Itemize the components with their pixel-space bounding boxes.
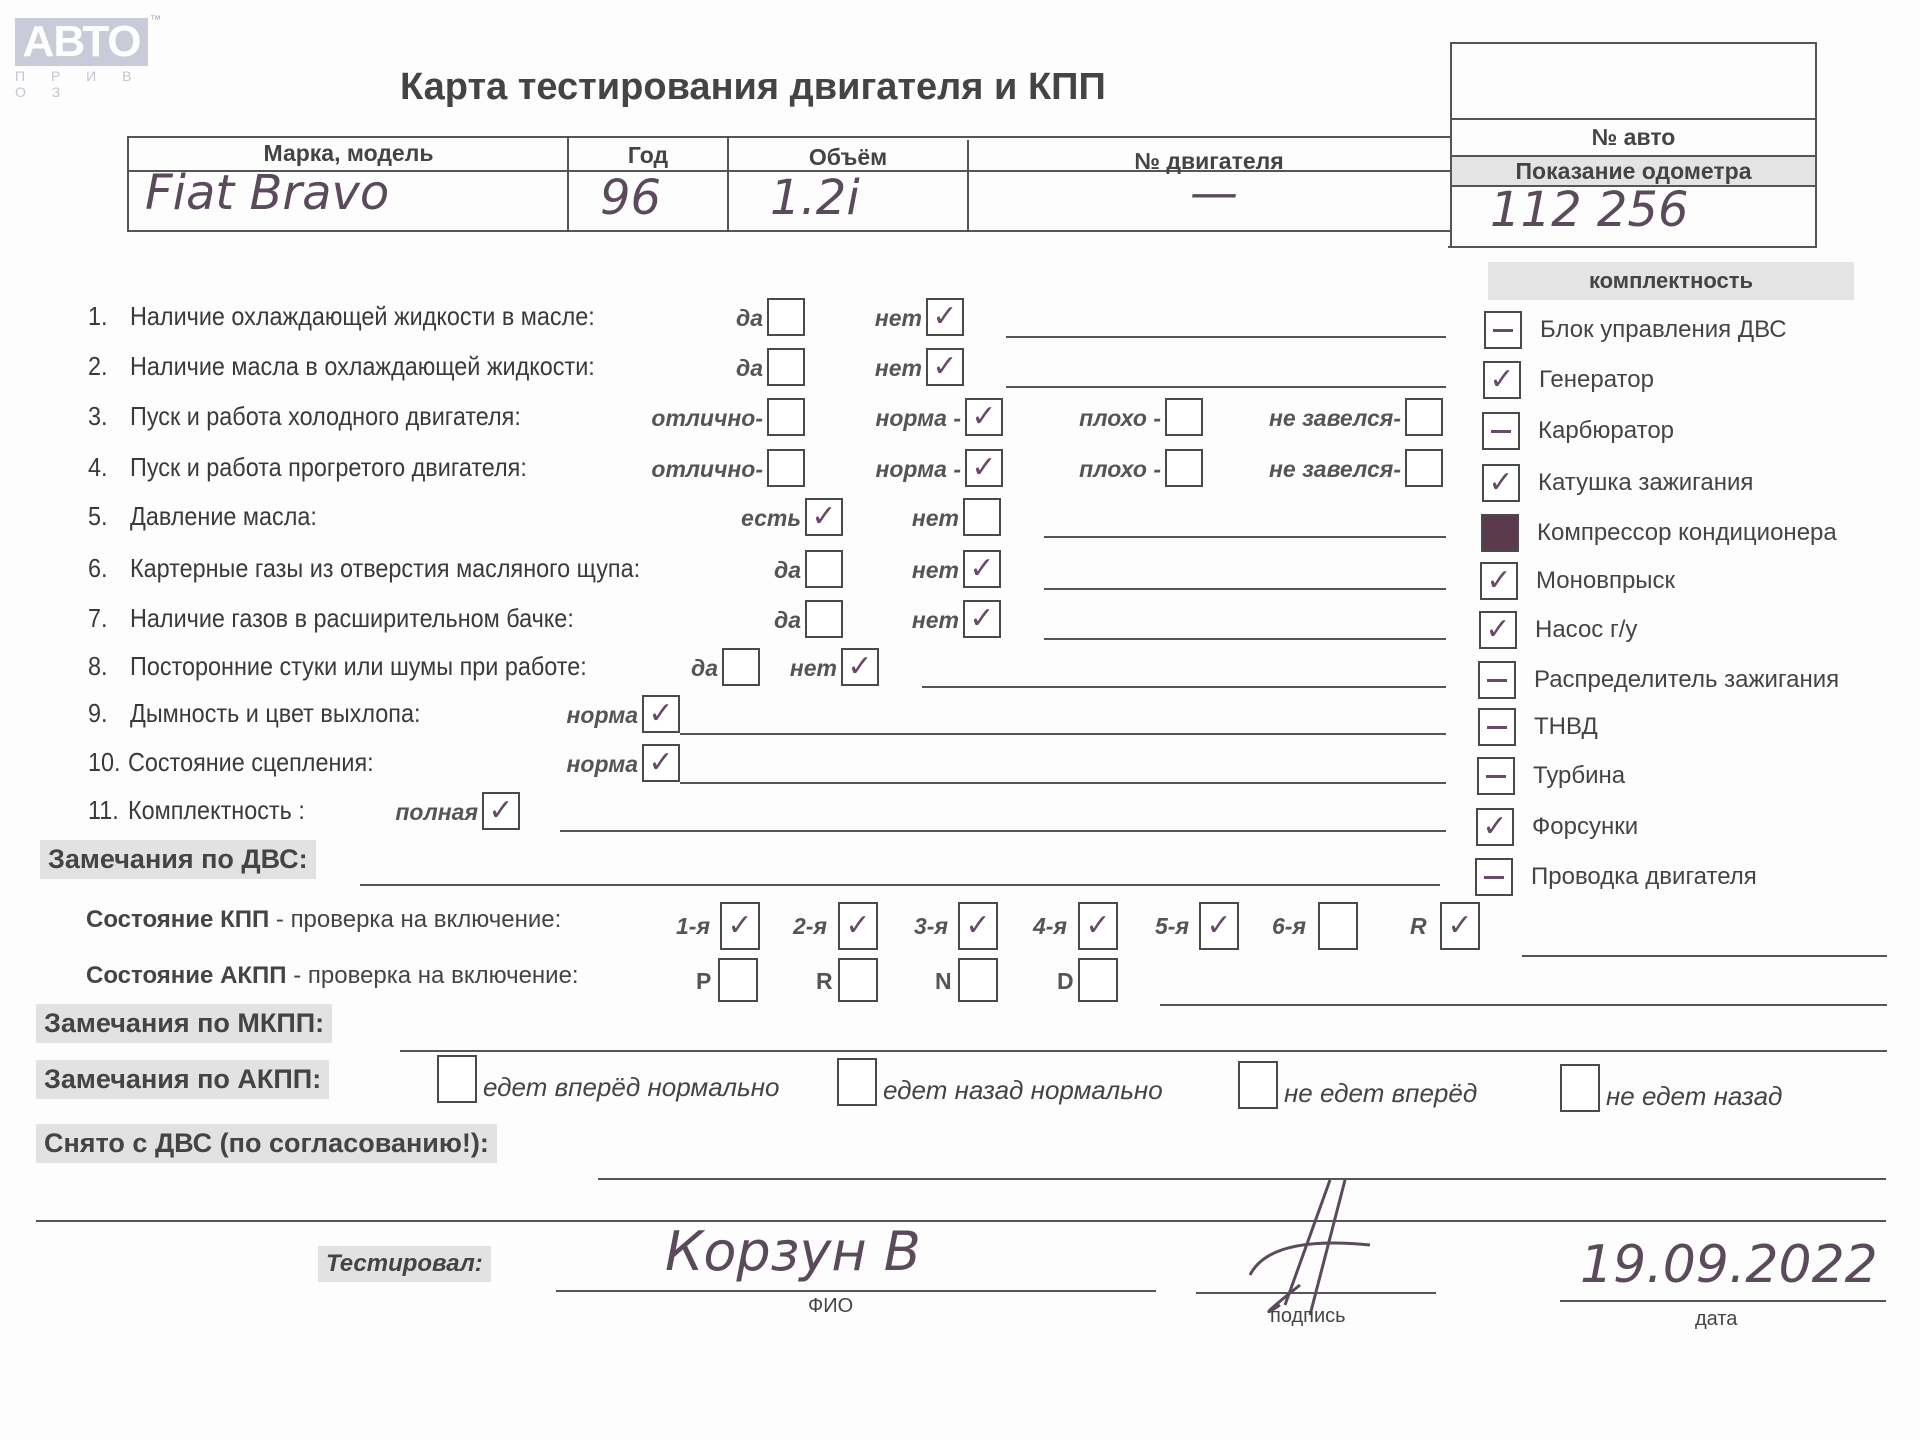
option-label: нет bbox=[858, 355, 922, 382]
checkbox[interactable] bbox=[805, 600, 843, 638]
checkbox[interactable] bbox=[805, 550, 843, 588]
question-number: 11. bbox=[88, 795, 119, 826]
akpp-option-label: не едет вперёд bbox=[1284, 1078, 1477, 1109]
tester-name[interactable]: Корзун В bbox=[665, 1220, 921, 1283]
engine-no-value[interactable]: — bbox=[1190, 165, 1238, 221]
logo-subtitle: П Р И В О З bbox=[15, 68, 148, 100]
gear-checkbox[interactable] bbox=[1318, 902, 1358, 950]
question-text: Наличие охлаждающей жидкости в масле: bbox=[130, 301, 595, 332]
mkpp-remarks-line[interactable] bbox=[400, 1050, 1887, 1052]
position-checkbox[interactable] bbox=[958, 958, 998, 1002]
header-volume: Объём bbox=[729, 144, 967, 171]
position-checkbox[interactable] bbox=[718, 958, 758, 1002]
name-caption: ФИО bbox=[808, 1295, 853, 1318]
question-number: 8. bbox=[88, 651, 108, 682]
question-number: 4. bbox=[88, 452, 108, 483]
completeness-checkbox[interactable] bbox=[1478, 708, 1516, 746]
year-value[interactable]: 96 bbox=[600, 170, 661, 226]
option-label: не завелся- bbox=[1248, 456, 1401, 483]
header-car-no: № авто bbox=[1452, 124, 1815, 151]
question-text: Состояние сцепления: bbox=[128, 747, 374, 778]
notes-line[interactable] bbox=[680, 733, 1446, 735]
date-caption: дата bbox=[1695, 1308, 1737, 1331]
akpp-checkbox[interactable] bbox=[1560, 1064, 1600, 1112]
akpp-checkbox[interactable] bbox=[1238, 1061, 1278, 1109]
completeness-item-label: Форсунки bbox=[1532, 813, 1638, 841]
question-text: Картерные газы из отверстия масляного щу… bbox=[130, 553, 640, 584]
checkbox[interactable] bbox=[1405, 449, 1443, 487]
completeness-item-label: Генератор bbox=[1539, 366, 1654, 394]
gear-label: 3-я bbox=[914, 913, 948, 940]
notes-line[interactable] bbox=[680, 782, 1446, 784]
option-label: нет bbox=[858, 305, 922, 332]
completeness-item-label: Блок управления ДВС bbox=[1540, 316, 1787, 344]
completeness-item-label: Проводка двигателя bbox=[1531, 863, 1757, 891]
date-value[interactable]: 19.09.2022 bbox=[1580, 1235, 1878, 1295]
logo-trademark: ™ bbox=[150, 14, 161, 26]
option-label: нет bbox=[894, 505, 959, 532]
logo: АВТО bbox=[15, 18, 148, 66]
question-number: 2. bbox=[88, 351, 108, 382]
checkbox[interactable]: ✓ bbox=[963, 600, 1001, 638]
completeness-header: комплектность bbox=[1488, 268, 1854, 294]
option-label: да bbox=[758, 607, 801, 634]
akpp-checkbox[interactable] bbox=[837, 1058, 877, 1106]
option-label: норма - bbox=[856, 456, 961, 483]
completeness-checkbox[interactable] bbox=[1481, 514, 1519, 552]
checkbox[interactable]: ✓ bbox=[482, 792, 520, 830]
checkbox[interactable]: ✓ bbox=[926, 298, 964, 336]
question-text: Посторонние стуки или шумы при работе: bbox=[130, 651, 587, 682]
option-label: не завелся- bbox=[1248, 405, 1401, 432]
checkbox[interactable]: ✓ bbox=[926, 348, 964, 386]
option-label: нет bbox=[894, 557, 959, 584]
completeness-checkbox[interactable] bbox=[1484, 311, 1522, 349]
akpp-option-label: едет вперёд нормально bbox=[483, 1072, 779, 1103]
checkbox[interactable]: ✓ bbox=[805, 498, 843, 536]
tested-by-label: Тестировал: bbox=[318, 1246, 491, 1282]
completeness-checkbox[interactable] bbox=[1475, 858, 1513, 896]
completeness-checkbox[interactable] bbox=[1478, 661, 1516, 699]
question-text: Давление масла: bbox=[130, 501, 317, 532]
checkbox[interactable]: ✓ bbox=[642, 744, 680, 782]
notes-line[interactable] bbox=[1006, 386, 1446, 388]
completeness-item-label: Турбина bbox=[1533, 762, 1625, 790]
completeness-item-label: Катушка зажигания bbox=[1538, 469, 1753, 497]
gear-label: 4-я bbox=[1033, 913, 1067, 940]
position-checkbox[interactable] bbox=[1078, 958, 1118, 1002]
option-label: нет bbox=[774, 655, 837, 682]
question-text: Наличие масла в охлаждающей жидкости: bbox=[130, 351, 595, 382]
question-number: 3. bbox=[88, 401, 108, 432]
volume-value[interactable]: 1.2i bbox=[770, 170, 860, 226]
option-label: плохо - bbox=[1058, 405, 1161, 432]
completeness-item-label: Моновпрыск bbox=[1536, 567, 1675, 595]
option-label: да bbox=[718, 305, 763, 332]
notes-line[interactable] bbox=[1044, 638, 1446, 640]
position-label: R bbox=[816, 968, 833, 995]
option-label: норма bbox=[548, 751, 638, 778]
completeness-checkbox[interactable]: ✓ bbox=[1479, 611, 1517, 649]
option-label: есть bbox=[722, 505, 801, 532]
header-odometer: Показание одометра bbox=[1452, 158, 1815, 185]
completeness-checkbox[interactable]: ✓ bbox=[1476, 808, 1514, 846]
header-year: Год bbox=[569, 142, 727, 169]
position-checkbox[interactable] bbox=[838, 958, 878, 1002]
gear-checkbox[interactable]: ✓ bbox=[958, 902, 998, 950]
completeness-checkbox[interactable]: ✓ bbox=[1483, 361, 1521, 399]
signature[interactable] bbox=[1230, 1175, 1410, 1325]
option-label: да bbox=[758, 557, 801, 584]
akpp-option-label: не едет назад bbox=[1606, 1081, 1782, 1112]
question-text: Пуск и работа холодного двигателя: bbox=[130, 401, 521, 432]
checkbox[interactable]: ✓ bbox=[642, 695, 680, 733]
gear-checkbox[interactable]: ✓ bbox=[1440, 902, 1480, 950]
checkbox[interactable] bbox=[767, 298, 805, 336]
engine-remarks-label: Замечания по ДВС: bbox=[40, 840, 316, 879]
signature-caption: подпись bbox=[1270, 1305, 1346, 1328]
checkbox[interactable]: ✓ bbox=[963, 550, 1001, 588]
completeness-checkbox[interactable]: ✓ bbox=[1480, 562, 1518, 600]
position-label: P bbox=[696, 968, 711, 995]
checkbox[interactable] bbox=[963, 498, 1001, 536]
akpp-option-label: едет назад нормально bbox=[883, 1075, 1163, 1106]
question-number: 6. bbox=[88, 553, 108, 584]
checkbox[interactable] bbox=[1165, 449, 1203, 487]
question-text: Пуск и работа прогретого двигателя: bbox=[130, 452, 527, 483]
question-number: 5. bbox=[88, 501, 108, 532]
notes-line[interactable] bbox=[1006, 336, 1446, 338]
checkbox[interactable] bbox=[767, 348, 805, 386]
page-title: Карта тестирования двигателя и КПП bbox=[400, 66, 1106, 109]
notes-line[interactable] bbox=[1044, 536, 1446, 538]
removed-label: Снято с ДВС (по согласованию!): bbox=[36, 1124, 497, 1163]
akpp-checkbox[interactable] bbox=[437, 1055, 477, 1103]
completeness-item-label: Распределитель зажигания bbox=[1534, 666, 1839, 694]
question-number: 1. bbox=[88, 301, 108, 332]
engine-remarks-line[interactable] bbox=[360, 884, 1440, 886]
completeness-item-label: Карбюратор bbox=[1538, 417, 1674, 445]
option-label: да bbox=[718, 355, 763, 382]
question-number: 9. bbox=[88, 698, 108, 729]
option-label: полная bbox=[376, 799, 478, 826]
manual-gearbox-title: Состояние КПП - проверка на включение: bbox=[86, 906, 561, 934]
option-label: плохо - bbox=[1058, 456, 1161, 483]
checkbox[interactable]: ✓ bbox=[965, 398, 1003, 436]
gear-checkbox[interactable]: ✓ bbox=[1078, 902, 1118, 950]
position-label: N bbox=[935, 968, 952, 995]
question-number: 7. bbox=[88, 603, 108, 634]
checkbox[interactable] bbox=[1165, 398, 1203, 436]
gear-label: 6-я bbox=[1272, 913, 1306, 940]
checkbox[interactable]: ✓ bbox=[965, 449, 1003, 487]
notes-line[interactable] bbox=[922, 686, 1446, 688]
question-text: Дымность и цвет выхлопа: bbox=[130, 698, 420, 729]
checkbox[interactable] bbox=[722, 648, 760, 686]
completeness-item-label: ТНВД bbox=[1534, 713, 1598, 741]
notes-line[interactable] bbox=[560, 830, 1446, 832]
question-text: Наличие газов в расширительном бачке: bbox=[130, 603, 574, 634]
completeness-item-label: Насос г/у bbox=[1535, 616, 1637, 644]
gear-label: 1-я bbox=[676, 913, 710, 940]
auto-gearbox-title: Состояние АКПП - проверка на включение: bbox=[86, 962, 579, 990]
gear-label: 2-я bbox=[793, 913, 827, 940]
option-label: норма - bbox=[856, 405, 961, 432]
completeness-checkbox[interactable] bbox=[1482, 412, 1520, 450]
gear-checkbox[interactable]: ✓ bbox=[1199, 902, 1239, 950]
gear-checkbox[interactable]: ✓ bbox=[838, 902, 878, 950]
option-label: норма bbox=[548, 702, 638, 729]
checkbox[interactable] bbox=[767, 449, 805, 487]
checkbox[interactable] bbox=[1405, 398, 1443, 436]
position-label: D bbox=[1057, 968, 1074, 995]
checkbox[interactable] bbox=[767, 398, 805, 436]
checkbox[interactable]: ✓ bbox=[841, 648, 879, 686]
completeness-checkbox[interactable] bbox=[1477, 757, 1515, 795]
question-text: Комплектность : bbox=[128, 795, 305, 826]
notes-line[interactable] bbox=[1044, 588, 1446, 590]
option-label: отлично- bbox=[630, 405, 763, 432]
make-model-value[interactable]: Fiat Bravo bbox=[145, 165, 389, 221]
gear-label: 5-я bbox=[1155, 913, 1189, 940]
akpp-remarks-label: Замечания по АКПП: bbox=[36, 1060, 329, 1099]
mkpp-remarks-label: Замечания по МКПП: bbox=[36, 1004, 332, 1043]
question-number: 10. bbox=[88, 747, 121, 778]
completeness-checkbox[interactable]: ✓ bbox=[1482, 464, 1520, 502]
option-label: отлично- bbox=[630, 456, 763, 483]
option-label: да bbox=[677, 655, 718, 682]
header-make-model: Марка, модель bbox=[130, 140, 567, 167]
completeness-item-label: Компрессор кондиционера bbox=[1537, 519, 1837, 547]
gear-label: R bbox=[1410, 913, 1427, 940]
odometer-value[interactable]: 112 256 bbox=[1490, 182, 1689, 238]
gear-checkbox[interactable]: ✓ bbox=[720, 902, 760, 950]
option-label: нет bbox=[894, 607, 959, 634]
